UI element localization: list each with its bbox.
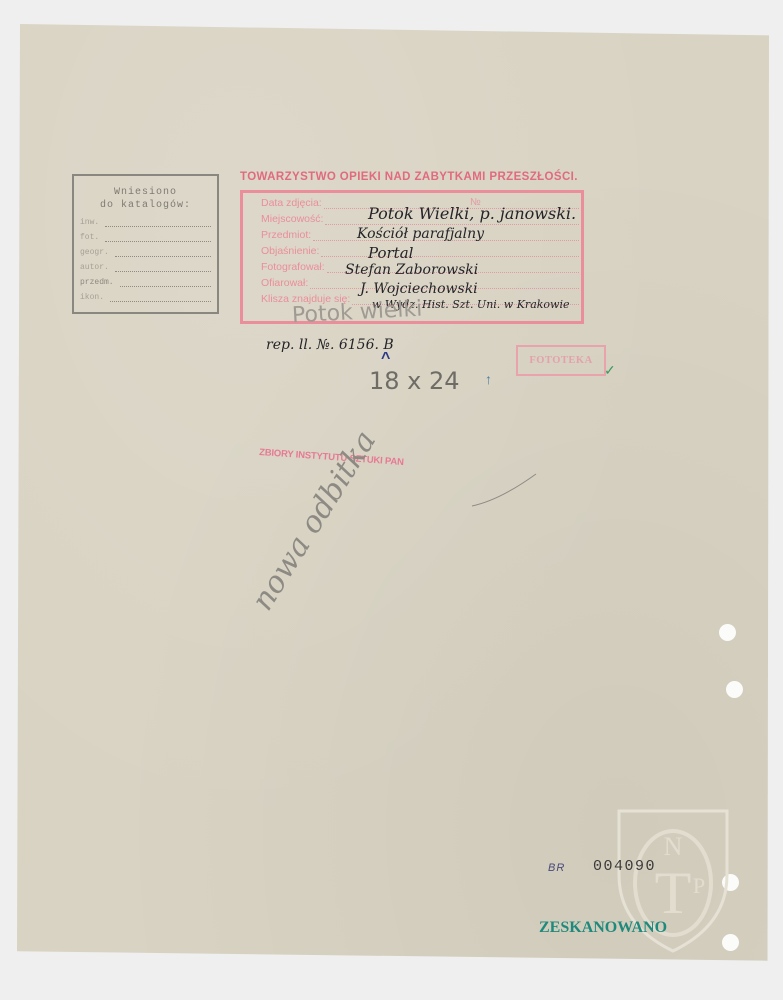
catalog-stamp: Wniesiono do katalogów: inw. fot. geogr.… [72, 174, 219, 314]
punch-hole [726, 681, 743, 698]
pencil-flourish-icon [470, 470, 540, 510]
handwritten-photographer: Stefan Zaborowski [345, 262, 478, 278]
catalog-row: inw. [80, 212, 211, 227]
handwritten-place: Potok Wielki, p. janowski. [368, 204, 576, 223]
scanned-stamp: ZESKANOWANO [539, 919, 667, 937]
svg-text:P: P [693, 873, 705, 898]
svg-text:T: T [655, 860, 692, 926]
reference-note: rep. ll. №. 6156. B [266, 337, 394, 353]
catalog-title-line1: Wniesiono [74, 186, 217, 199]
handwritten-description: Portal [368, 244, 413, 262]
blue-mark: ↑ [485, 371, 492, 387]
field-description: Objaśnienie: [261, 245, 579, 257]
catalog-row: fot. [80, 227, 211, 242]
inventory-prefix: BR [548, 862, 565, 874]
catalog-row: przedm. [80, 272, 211, 287]
catalog-row: geogr. [80, 242, 211, 257]
catalog-row: autor. [80, 257, 211, 272]
pencil-size-note: 18 x 24 [369, 367, 460, 395]
inventory-number: 004090 [593, 858, 656, 875]
handwritten-donor: J. Wojciechowski [360, 281, 478, 297]
society-stamp-title: TOWARZYSTWO OPIEKI NAD ZABYTKAMI PRZESZŁ… [240, 171, 578, 183]
punch-hole [719, 624, 736, 641]
fototeka-stamp: FOTOTEKA [516, 345, 606, 376]
check-mark-icon: ✓ [604, 362, 616, 379]
svg-text:N: N [664, 832, 683, 861]
catalog-title-line2: do katalogów: [74, 199, 217, 212]
caret-mark: ^ [381, 350, 390, 368]
handwritten-object: Kościół parafjalny [357, 226, 484, 242]
catalog-row: ikon. [80, 287, 211, 302]
